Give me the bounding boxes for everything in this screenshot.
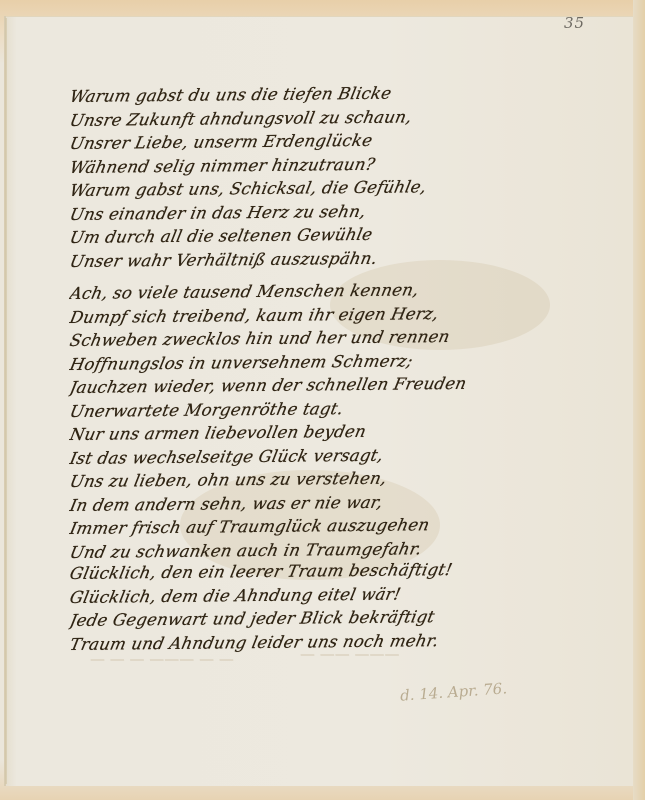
folio-number: 35: [564, 14, 585, 32]
verse-line: Unser wahr Verhältniß auszuspähn.: [68, 244, 614, 273]
page-edge-fold: [5, 18, 7, 784]
scan-margin: [633, 0, 645, 800]
stanza-3: Glücklich, den ein leerer Traum beschäft…: [70, 562, 610, 656]
stanza-2: Ach, so viele tausend Menschen kennen, D…: [70, 282, 610, 564]
stanza-1: Warum gabst du uns die tiefen Blicke Uns…: [70, 85, 610, 273]
verse-line: Traum und Ahndung leider uns noch mehr.: [68, 627, 614, 656]
